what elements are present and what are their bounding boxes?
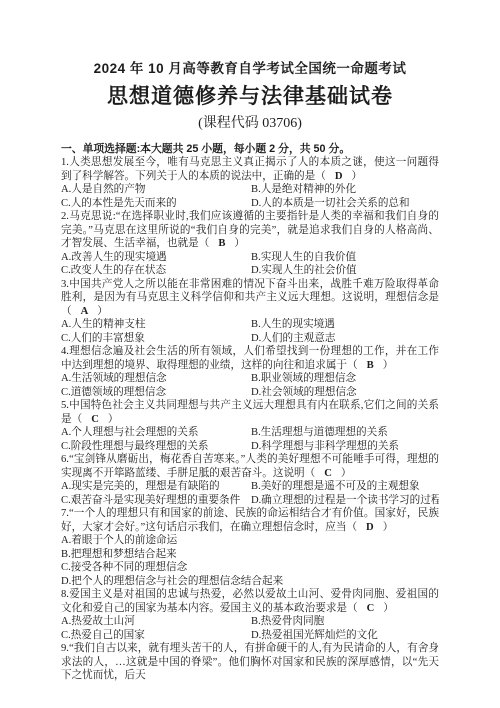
option-group: A.着眼于个人的前途命运B.把理想和梦想结合起来C.接受各种不同的理想信念D.把… bbox=[61, 534, 439, 588]
option-A: A.人是自然的产物 bbox=[61, 183, 251, 197]
paper-title: 思想道德修养与法律基础试卷 bbox=[61, 84, 439, 109]
question-answer: C bbox=[324, 468, 332, 479]
option-C: C.阶段性理想与最终理想的关系 bbox=[61, 440, 251, 454]
option-group: A.个人理想与社会理想的关系B.生活理想与道德理想的关系C.阶段性理想与最终理想… bbox=[61, 426, 439, 453]
option-A: A.人生的精神支柱 bbox=[61, 318, 251, 332]
question-answer: A bbox=[81, 306, 89, 317]
question-2: 2.马克思说:“在选择职业时,我们应该遵循的主要指针是人类的幸福和我们自身的完美… bbox=[61, 210, 439, 278]
option-B: B.热爱骨肉同胞 bbox=[251, 615, 439, 629]
question-9: 9.“我们自古以来，就有埋头苦干的人，有拼命硬干的人,有为民请命的人，有舍身求法… bbox=[61, 642, 439, 683]
option-C: C.热爱自己的国家 bbox=[61, 629, 251, 643]
answer-blank: （A） bbox=[61, 306, 108, 317]
question-3: 3.中国共产党人之所以能在非常困难的情况下奋斗出来，战胜千难万险取得革命胜利，是… bbox=[61, 278, 439, 346]
option-A: A.热爱故土山河 bbox=[61, 615, 251, 629]
question-stem: 4.理想信念遍及社会生活的所有领域，人们希望找到一份理想的工作，并在工作中达到理… bbox=[61, 345, 439, 372]
question-number: 7. bbox=[61, 508, 69, 519]
option-C: C.人的本性是先天而来的 bbox=[61, 197, 251, 211]
question-stem: 5.中国特色社会主义共同理想与共产主义远大理想具有内在联系,它们之间的关系是（C… bbox=[61, 399, 439, 426]
question-1: 1.人类思想发展至今，唯有马克思主义真正揭示了人的本质之谜，使这一问题得到了科学… bbox=[61, 156, 439, 210]
question-answer: C bbox=[367, 603, 375, 614]
option-B: B.实现人生的自我价值 bbox=[251, 251, 439, 265]
option-group: A.人是自然的产物B.人是绝对精神的外化C.人的本性是先天而来的D.人的本质是一… bbox=[61, 183, 439, 210]
question-stem: 1.人类思想发展至今，唯有马克思主义真正揭示了人的本质之谜，使这一问题得到了科学… bbox=[61, 156, 439, 183]
answer-blank: （C） bbox=[347, 603, 394, 614]
option-A: A.生活领域的理想信念 bbox=[61, 372, 251, 386]
question-number: 3. bbox=[61, 279, 69, 290]
option-group: A.人生的精神支柱B.人生的现实境遇C.人们的丰富想象D.人们的主观意志 bbox=[61, 318, 439, 345]
question-stem: 7.“一个人的理想只有和国家的前途、民族的命运相结合才有价值。国家好，民族好，大… bbox=[61, 507, 439, 534]
option-A: A.着眼于个人的前途命运 bbox=[61, 534, 439, 548]
question-answer: D bbox=[335, 171, 343, 182]
question-number: 5. bbox=[61, 400, 69, 411]
option-D: D.把个人的理想信念与社会的理想信念结合起来 bbox=[61, 575, 439, 589]
question-number: 4. bbox=[61, 346, 69, 357]
option-group: A.热爱故土山河B.热爱骨肉同胞C.热爱自己的国家D.热爱祖国光辉灿烂的文化 bbox=[61, 615, 439, 642]
option-D: D.社会领域的理想信念 bbox=[251, 386, 439, 400]
option-C: C.人们的丰富想象 bbox=[61, 332, 251, 346]
option-group: A.改善人生的现实境遇B.实现人生的自我价值C.改变人生的存在状态D.实现人生的… bbox=[61, 251, 439, 278]
section-heading: 一、单项选择题:本大题共 25 小题，每小题 2 分，共 50 分。 bbox=[61, 142, 439, 156]
answer-blank: （B） bbox=[199, 238, 245, 249]
question-8: 8.爱国主义是对祖国的忠诚与热爱，必然以爱故土山河、爱骨肉同胞、爱祖国的文化和爱… bbox=[61, 588, 439, 642]
question-number: 1. bbox=[61, 157, 69, 168]
option-B: B.职业领域的理想信念 bbox=[251, 372, 439, 386]
question-4: 4.理想信念遍及社会生活的所有领域，人们希望找到一份理想的工作，并在工作中达到理… bbox=[61, 345, 439, 399]
option-D: D.科学理想与非科学理想的关系 bbox=[251, 440, 439, 454]
option-D: D.实现人生的社会价值 bbox=[251, 264, 439, 278]
exam-paper-page: 2024 年 10 月高等教育自学考试全国统一命题考试 思想道德修养与法律基础试… bbox=[61, 0, 439, 683]
option-C: C.改变人生的存在状态 bbox=[61, 264, 251, 278]
question-number: 9. bbox=[61, 643, 69, 654]
option-group: A.生活领域的理想信念B.职业领域的理想信念C.道德领域的理想信念D.社会领域的… bbox=[61, 372, 439, 399]
option-B: B.人生的现实境遇 bbox=[251, 318, 439, 332]
question-answer: B bbox=[367, 360, 374, 371]
exam-session-title: 2024 年 10 月高等教育自学考试全国统一命题考试 bbox=[61, 60, 439, 77]
option-B: B.人是绝对精神的外化 bbox=[251, 183, 439, 197]
option-C: C.道德领域的理想信念 bbox=[61, 386, 251, 400]
answer-blank: （C） bbox=[305, 468, 352, 479]
option-D: D.人的本质是一切社会关系的总和 bbox=[251, 197, 439, 211]
question-list: 1.人类思想发展至今，唯有马克思主义真正揭示了人的本质之谜，使这一问题得到了科学… bbox=[61, 156, 439, 683]
question-answer: C bbox=[91, 414, 99, 425]
answer-blank: （D） bbox=[346, 522, 393, 533]
option-C: C.接受各种不同的理想信念 bbox=[61, 561, 439, 575]
question-number: 6. bbox=[61, 454, 69, 465]
question-answer: D bbox=[366, 522, 374, 533]
option-A: A.改善人生的现实境遇 bbox=[61, 251, 251, 265]
question-stem: 9.“我们自古以来，就有埋头苦干的人，有拼命硬干的人,有为民请命的人，有舍身求法… bbox=[61, 642, 439, 683]
question-answer: B bbox=[218, 238, 225, 249]
option-D: D.人们的主观意志 bbox=[251, 332, 439, 346]
option-B: B.美好的理想是遥不可及的主观想象 bbox=[251, 480, 439, 494]
course-code: (课程代码 03706) bbox=[61, 115, 439, 132]
question-6: 6.“宝剑锋从磨砺出，梅花香自苦寒来。”人类的美好理想不可能唾手可得，理想的实现… bbox=[61, 453, 439, 507]
answer-blank: （D） bbox=[315, 171, 362, 182]
answer-blank: （B） bbox=[347, 360, 393, 371]
question-number: 2. bbox=[61, 211, 69, 222]
question-7: 7.“一个人的理想只有和国家的前途、民族的命运相结合才有价值。国家好，民族好，大… bbox=[61, 507, 439, 588]
answer-blank: （C） bbox=[72, 414, 119, 425]
option-A: A.现实是完美的，理想是有缺陷的 bbox=[61, 480, 251, 494]
question-5: 5.中国特色社会主义共同理想与共产主义远大理想具有内在联系,它们之间的关系是（C… bbox=[61, 399, 439, 453]
question-stem: 8.爱国主义是对祖国的忠诚与热爱，必然以爱故土山河、爱骨肉同胞、爱祖国的文化和爱… bbox=[61, 588, 439, 615]
option-B: B.把理想和梦想结合起来 bbox=[61, 548, 439, 562]
option-group: A.现实是完美的，理想是有缺陷的B.美好的理想是遥不可及的主观想象C.艰苦奋斗是… bbox=[61, 480, 439, 507]
question-stem: 3.中国共产党人之所以能在非常困难的情况下奋斗出来，战胜千难万险取得革命胜利，是… bbox=[61, 278, 439, 319]
option-C: C.艰苦奋斗是实现美好理想的重要条件 bbox=[61, 494, 251, 508]
option-B: B.生活理想与道德理想的关系 bbox=[251, 426, 439, 440]
question-stem: 6.“宝剑锋从磨砺出，梅花香自苦寒来。”人类的美好理想不可能唾手可得，理想的实现… bbox=[61, 453, 439, 480]
question-stem: 2.马克思说:“在选择职业时,我们应该遵循的主要指针是人类的幸福和我们自身的完美… bbox=[61, 210, 439, 251]
option-D: D.确立理想的过程是一个读书学习的过程 bbox=[251, 494, 439, 508]
option-D: D.热爱祖国光辉灿烂的文化 bbox=[251, 629, 439, 643]
option-A: A.个人理想与社会理想的关系 bbox=[61, 426, 251, 440]
question-number: 8. bbox=[61, 589, 69, 600]
